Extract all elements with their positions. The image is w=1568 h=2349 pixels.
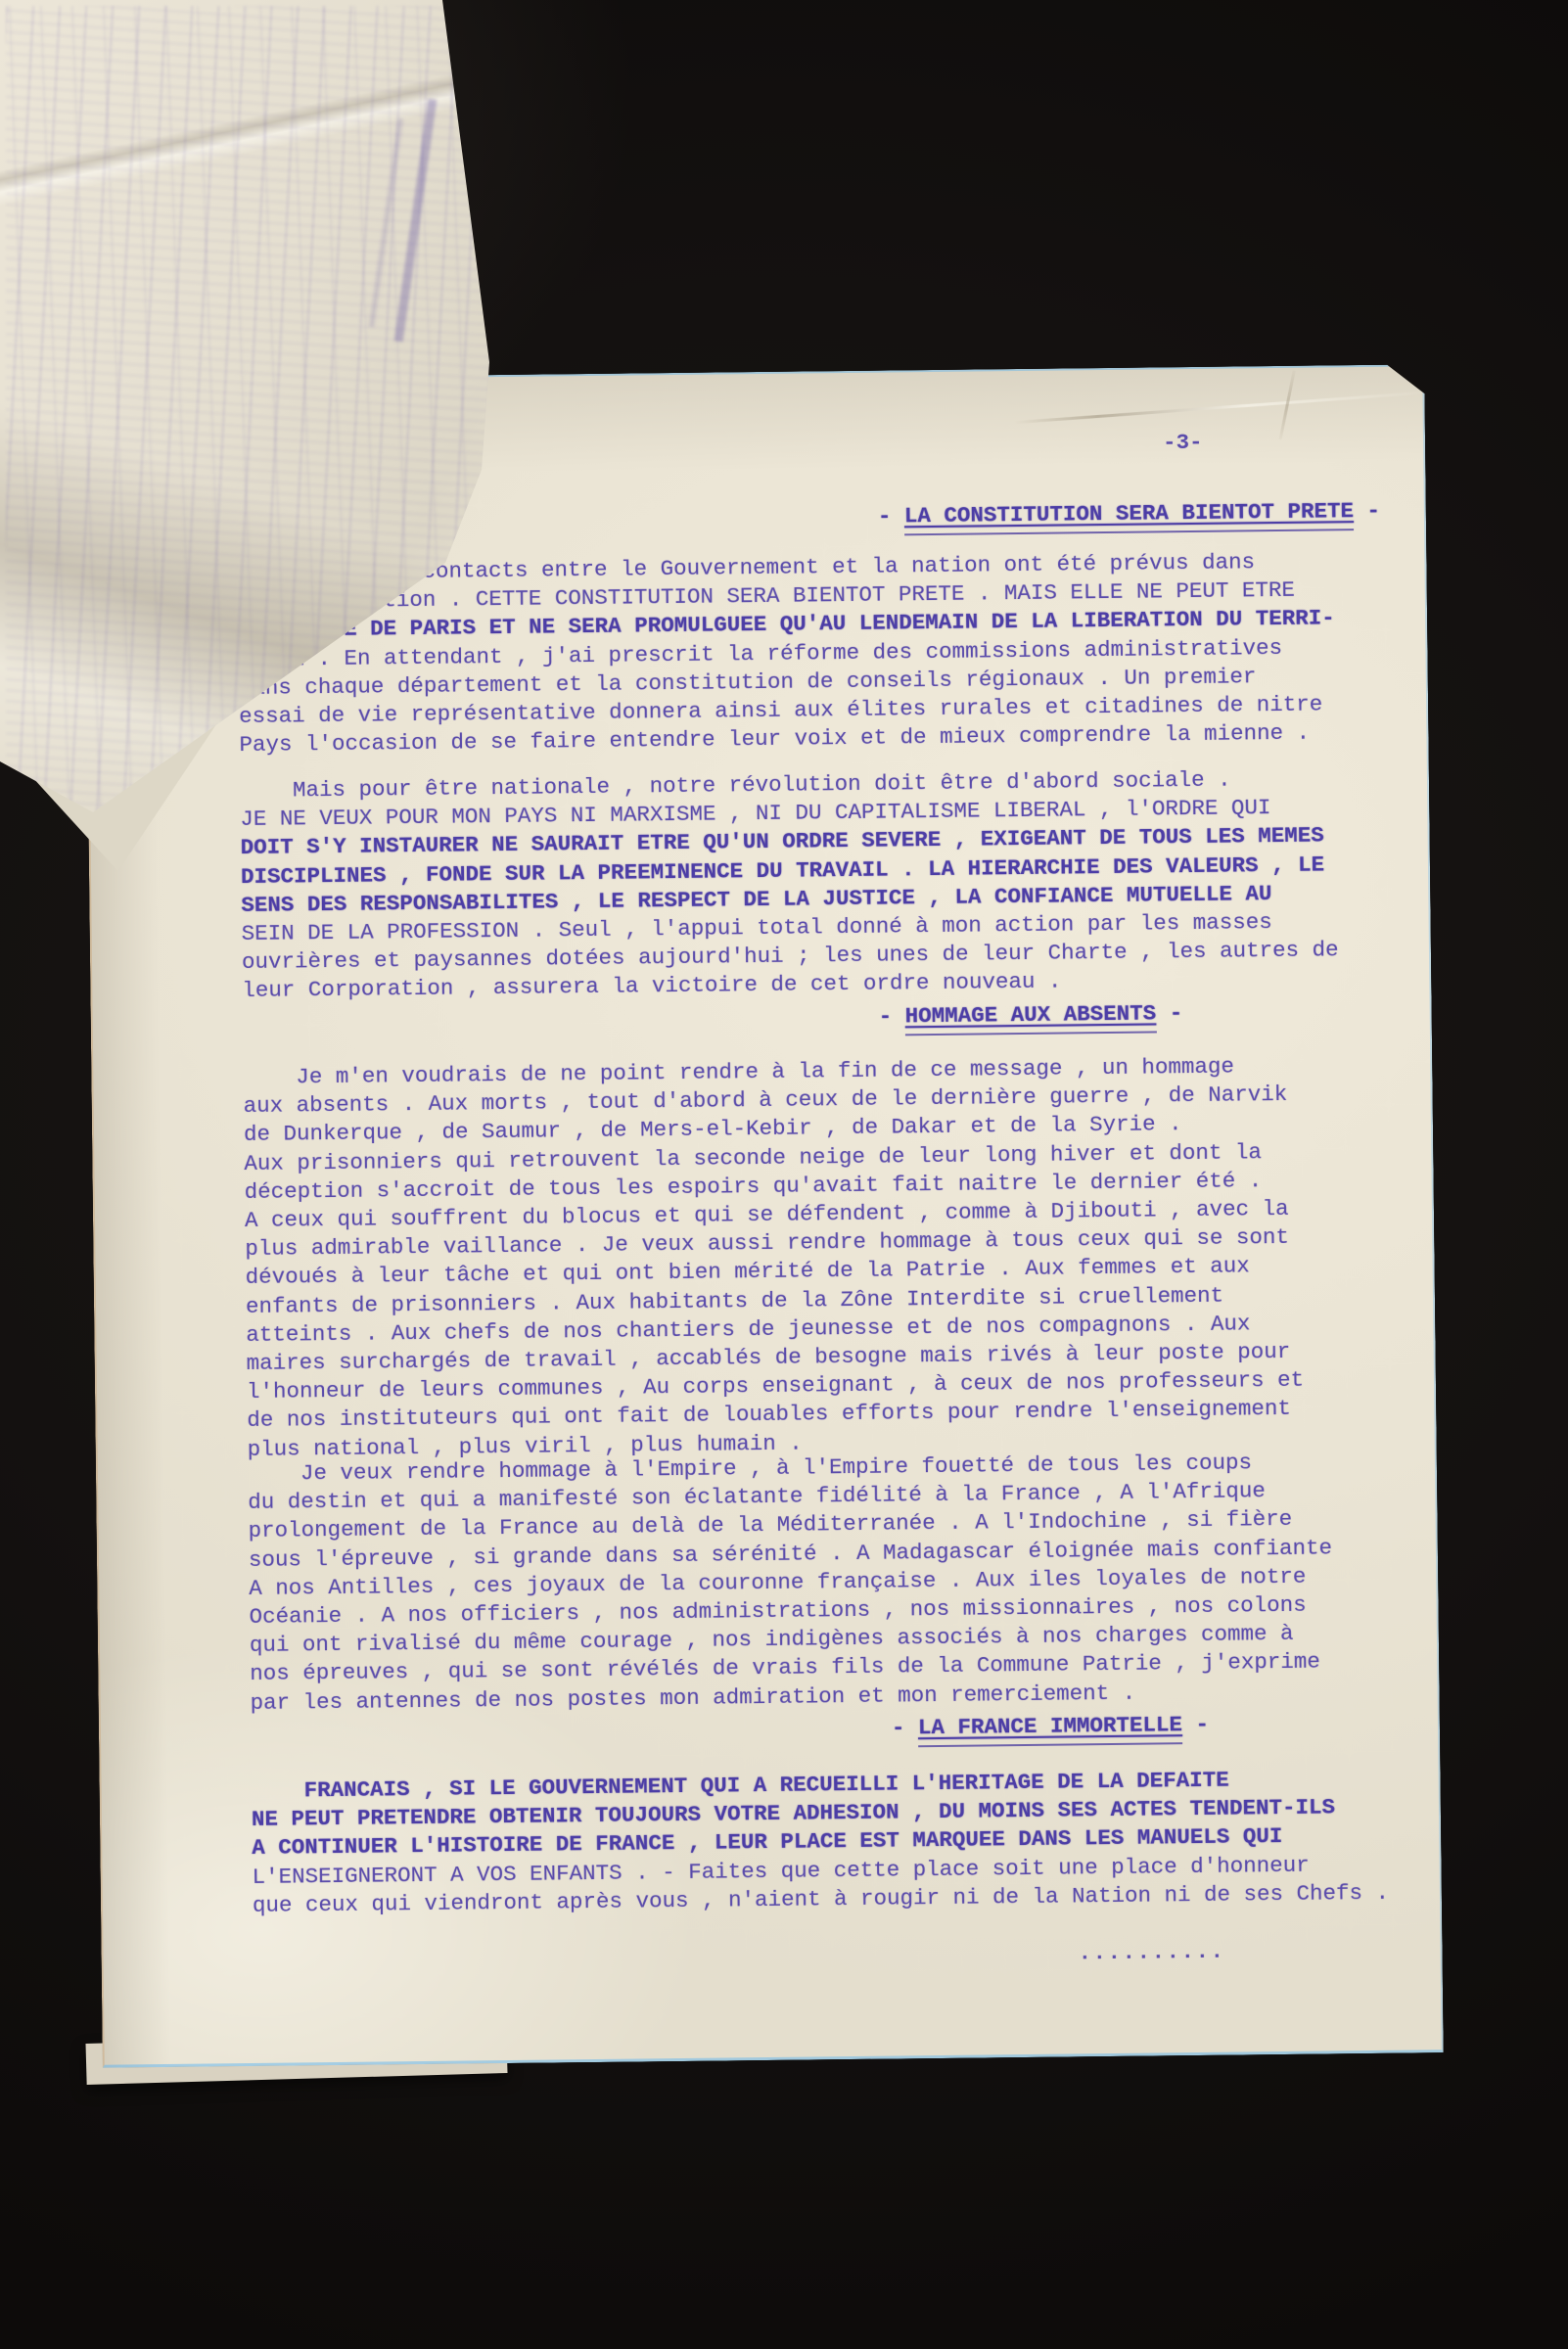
heading-dash-left: - <box>879 1003 905 1029</box>
paragraph-hommage: Je m'en voudrais de ne point rendre à la… <box>243 1051 1403 1464</box>
heading-dash-right: - <box>1156 1000 1182 1026</box>
heading-hommage: - HOMMAGE AUX ABSENTS - <box>879 999 1183 1032</box>
paragraph-empire: Je veux rendre hommage à l'Empire , à l'… <box>248 1448 1406 1718</box>
end-dots: .......... <box>1078 1938 1224 1968</box>
paragraph-revolution: Mais pour être nationale , notre révolut… <box>240 764 1398 1006</box>
heading-france: - LA FRANCE IMMORTELLE - <box>892 1711 1209 1743</box>
heading-france-label: LA FRANCE IMMORTELLE <box>918 1712 1182 1747</box>
heading-constitution-label: LA CONSTITUTION SERA BIENTOT PRETE <box>904 498 1354 535</box>
paper-crease-corner <box>1279 370 1296 439</box>
heading-dash-right: - <box>1354 498 1380 524</box>
paragraph-france: FRANCAIS , SI LE GOUVERNEMENT QUI A RECU… <box>251 1765 1407 1920</box>
page-number: -3- <box>1163 429 1203 458</box>
heading-hommage-label: HOMMAGE AUX ABSENTS <box>905 1000 1157 1036</box>
paper-crease-top <box>1014 391 1434 424</box>
heading-constitution: - LA CONSTITUTION SERA BIENTOT PRETE - <box>878 497 1380 531</box>
heading-dash-left: - <box>892 1715 918 1740</box>
heading-dash-left: - <box>878 503 904 529</box>
heading-dash-right: - <box>1182 1712 1209 1737</box>
